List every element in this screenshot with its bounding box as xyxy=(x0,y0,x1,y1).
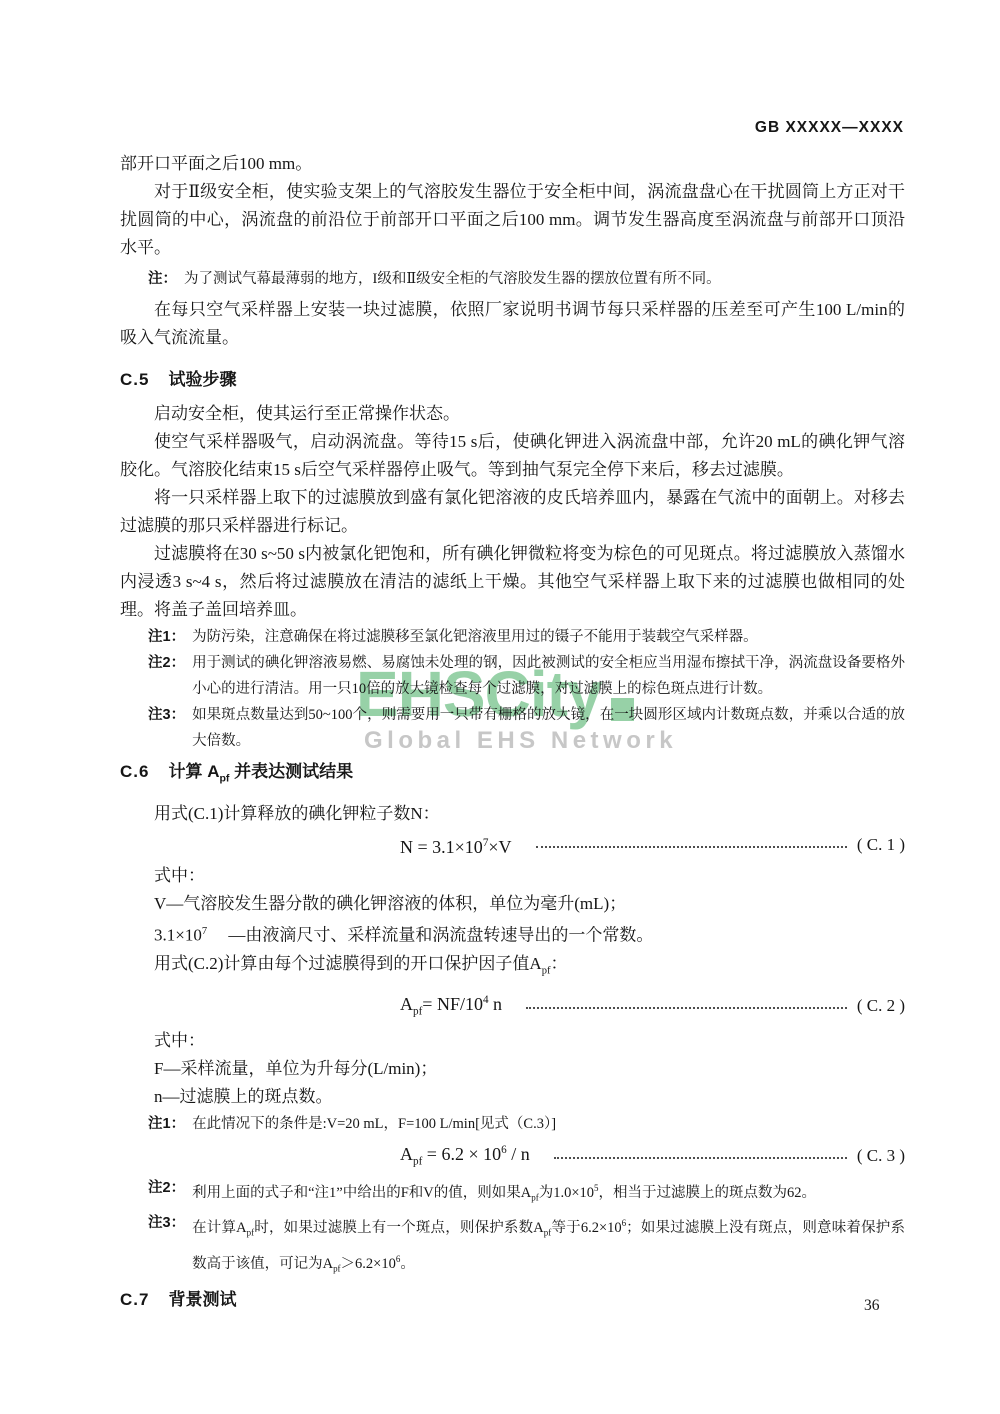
page-number: 36 xyxy=(864,1297,880,1315)
paragraph-continuation: 部开口平面之后100 mm。 xyxy=(120,150,905,178)
note-label: 注2： xyxy=(148,650,185,702)
section-title: 背景测试 xyxy=(168,1286,236,1314)
section-heading-c7: C.7 背景测试 xyxy=(120,1286,905,1314)
note-text: 如果斑点数量达到50~100个，则需要用一只带有栅格的放大镜，在一块圆形区域内计… xyxy=(192,702,905,754)
paragraph: 将一只采样器上取下的过滤膜放到盛有氯化钯溶液的皮氏培养皿内，暴露在气流中的面朝上… xyxy=(120,484,905,540)
paragraph: 对于Ⅱ级安全柜，使实验支架上的气溶胶发生器位于安全柜中间，涡流盘盘心在干扰圆筒上… xyxy=(120,178,905,262)
symbol-definition: n—过滤膜上的斑点数。 xyxy=(120,1083,905,1111)
note-label: 注3： xyxy=(148,1210,185,1281)
dotted-leader xyxy=(554,1157,847,1159)
note-label: 注2： xyxy=(148,1175,185,1211)
standard-code-header: GB XXXXX—XXXX xyxy=(755,119,904,137)
equation-number: ( C. 1 ) xyxy=(857,830,905,860)
note-text: 为防污染，注意确保在将过滤膜移至氯化钯溶液里用过的镊子不能用于装载空气采样器。 xyxy=(192,624,905,650)
section-number: C.6 xyxy=(120,758,149,786)
equation-number: ( C. 2 ) xyxy=(857,991,905,1021)
note-label: 注1： xyxy=(148,1111,185,1137)
note: 注1： 为防污染，注意确保在将过滤膜移至氯化钯溶液里用过的镊子不能用于装载空气采… xyxy=(120,624,905,650)
note: 注1： 在此情况下的条件是:V=20 mL，F=100 L/min[见式（C.3… xyxy=(120,1111,905,1137)
paragraph: 用式(C.1)计算释放的碘化钾粒子数N： xyxy=(120,800,905,828)
section-number: C.5 xyxy=(120,366,149,394)
section-title: 试验步骤 xyxy=(168,366,236,394)
dotted-leader xyxy=(526,1007,847,1009)
formula-expression: Apf = 6.2 × 106 / n xyxy=(400,1137,530,1175)
dotted-leader xyxy=(536,846,847,848)
paragraph: 在每只空气采样器上安装一块过滤膜，依照厂家说明书调节每只采样器的压差至可产生10… xyxy=(120,296,905,352)
note-text: 为了测试气幕最薄弱的地方，I级和Ⅱ级安全柜的气溶胶发生器的摆放位置有所不同。 xyxy=(184,266,905,292)
note-text: 在计算Apf时，如果过滤膜上有一个斑点，则保护系数Apf等于6.2×106；如果… xyxy=(192,1210,905,1281)
note-label: 注： xyxy=(148,266,177,292)
note-text: 利用上面的式子和“注1”中给出的F和V的值，则如果Apf为1.0×105，相当于… xyxy=(192,1175,905,1211)
equation-number: ( C. 3 ) xyxy=(857,1143,905,1169)
formula-where-label: 式中： xyxy=(120,1027,905,1055)
note-text: 用于测试的碘化钾溶液易燃、易腐蚀未处理的钢，因此被测试的安全柜应当用湿布擦拭干净… xyxy=(192,650,905,702)
symbol-definition: 3.1×107 —由液滴尺寸、采样流量和涡流盘转速导出的一个常数。 xyxy=(120,918,905,950)
document-page: EHSCity Global EHS Network GB XXXXX—XXXX… xyxy=(0,0,1000,1414)
note: 注2： 用于测试的碘化钾溶液易燃、易腐蚀未处理的钢，因此被测试的安全柜应当用湿布… xyxy=(120,650,905,702)
formula-c3: Apf = 6.2 × 106 / n ( C. 3 ) xyxy=(120,1137,905,1175)
section-number: C.7 xyxy=(120,1286,149,1314)
note-text: 在此情况下的条件是:V=20 mL，F=100 L/min[见式（C.3）] xyxy=(192,1111,905,1137)
formula-c2: Apf= NF/104 n ( C. 2 ) xyxy=(120,985,905,1027)
note: 注3： 在计算Apf时，如果过滤膜上有一个斑点，则保护系数Apf等于6.2×10… xyxy=(120,1210,905,1281)
section-title: 计算 Apf 并表达测试结果 xyxy=(168,758,353,792)
formula-where-label: 式中： xyxy=(120,862,905,890)
note: 注： 为了测试气幕最薄弱的地方，I级和Ⅱ级安全柜的气溶胶发生器的摆放位置有所不同… xyxy=(120,266,905,292)
page-content: 部开口平面之后100 mm。 对于Ⅱ级安全柜，使实验支架上的气溶胶发生器位于安全… xyxy=(0,0,1000,1314)
section-heading-c6: C.6 计算 Apf 并表达测试结果 xyxy=(120,758,905,792)
note: 注2： 利用上面的式子和“注1”中给出的F和V的值，则如果Apf为1.0×105… xyxy=(120,1175,905,1211)
formula-expression: N = 3.1×107×V xyxy=(400,828,512,862)
symbol-definition: V—气溶胶发生器分散的碘化钾溶液的体积，单位为毫升(mL)； xyxy=(120,890,905,918)
symbol-definition: F—采样流量，单位为升每分(L/min)； xyxy=(120,1055,905,1083)
paragraph: 启动安全柜，使其运行至正常操作状态。 xyxy=(120,400,905,428)
formula-c1: N = 3.1×107×V ( C. 1 ) xyxy=(120,828,905,862)
paragraph: 过滤膜将在30 s~50 s内被氯化钯饱和，所有碘化钾微粒将变为棕色的可见斑点。… xyxy=(120,540,905,624)
note-label: 注3： xyxy=(148,702,185,754)
note: 注3： 如果斑点数量达到50~100个，则需要用一只带有栅格的放大镜，在一块圆形… xyxy=(120,702,905,754)
note-label: 注1： xyxy=(148,624,185,650)
paragraph: 使空气采样器吸气，启动涡流盘。等待15 s后，使碘化钾进入涡流盘中部，允许20 … xyxy=(120,428,905,484)
paragraph: 用式(C.2)计算由每个过滤膜得到的开口保护因子值Apf： xyxy=(120,950,905,985)
section-heading-c5: C.5 试验步骤 xyxy=(120,366,905,394)
formula-expression: Apf= NF/104 n xyxy=(400,985,502,1027)
